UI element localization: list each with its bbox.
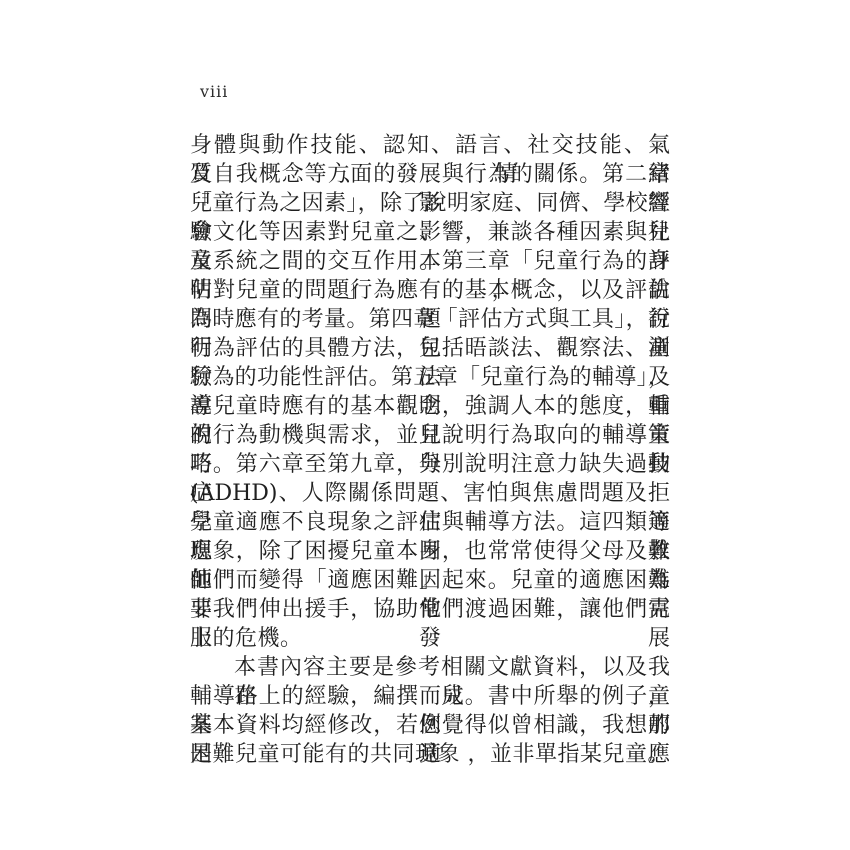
text-line: 輔導路上的經驗，編撰而成。書中所舉的例子，案例的 — [190, 682, 670, 711]
text-line: 及自我概念等方面的發展與行為的關係。第二章「影響 — [190, 160, 670, 189]
book-page: viii 身體與動作技能、認知、語言、社交技能、氣質、情緒及自我概念等方面的發展… — [0, 0, 850, 850]
text-line: 要我們伸出援手，協助他們渡過困難，讓他們克服發展 — [190, 595, 670, 624]
text-line: (ADHD)、人際關係問題、害怕與焦慮問題及拒學症等 — [190, 479, 670, 508]
preface-text-block: 身體與動作技能、認知、語言、社交技能、氣質、情緒及自我概念等方面的發展與行為的關… — [190, 131, 670, 769]
text-line: 導兒童時應有的基本觀念，強調人本的態度，重視兒童 — [190, 392, 670, 421]
text-line: 兒童行為之因素」，除了說明家庭、同儕、學校經驗、社 — [190, 189, 670, 218]
text-line: 困難兒童可能有的共同現象 ，並非單指某兒童。 — [190, 740, 670, 769]
text-line: 的行為動機與需求，並且說明行為取向的輔導策略與技 — [190, 421, 670, 450]
text-line: 行為評估的具體方法，包括晤談法、觀察法、測驗法及 — [190, 334, 670, 363]
text-line: 巧。第六章至第九章，分別說明注意力缺失過動症 — [190, 450, 670, 479]
text-line: 基本資料均經修改，若您覺得似曾相識，我想那是適應 — [190, 711, 670, 740]
text-line: 他們而變得「適應困難」起來。兒童的適應困難非常需 — [190, 566, 670, 595]
text-line: 明對兒童的問題行為應有的基本概念，以及評估問題行 — [190, 276, 670, 305]
page-number: viii — [200, 82, 228, 101]
text-line: 兒童適應不良現象之評估與輔導方法。這四類適應困難 — [190, 508, 670, 537]
text-line: 身體與動作技能、認知、語言、社交技能、氣質、情緒 — [190, 131, 670, 160]
text-line: 本書內容主要是參考相關文獻資料，以及我在兒童 — [190, 653, 670, 682]
text-line: 為時應有的考量。第四章「評估方式與工具」，說明兒童 — [190, 305, 670, 334]
text-line: 會文化等因素對兒童之影響，兼談各種因素與兒童本身 — [190, 218, 670, 247]
text-line: 行為的功能性評估。第五章「兒童行為的輔導」，說明輔 — [190, 363, 670, 392]
text-line: 現象，除了困擾兒童本身，也常常使得父母及教師因為 — [190, 537, 670, 566]
text-line: 及系統之間的交互作用。第三章「兒童行為的評估」，說 — [190, 247, 670, 276]
